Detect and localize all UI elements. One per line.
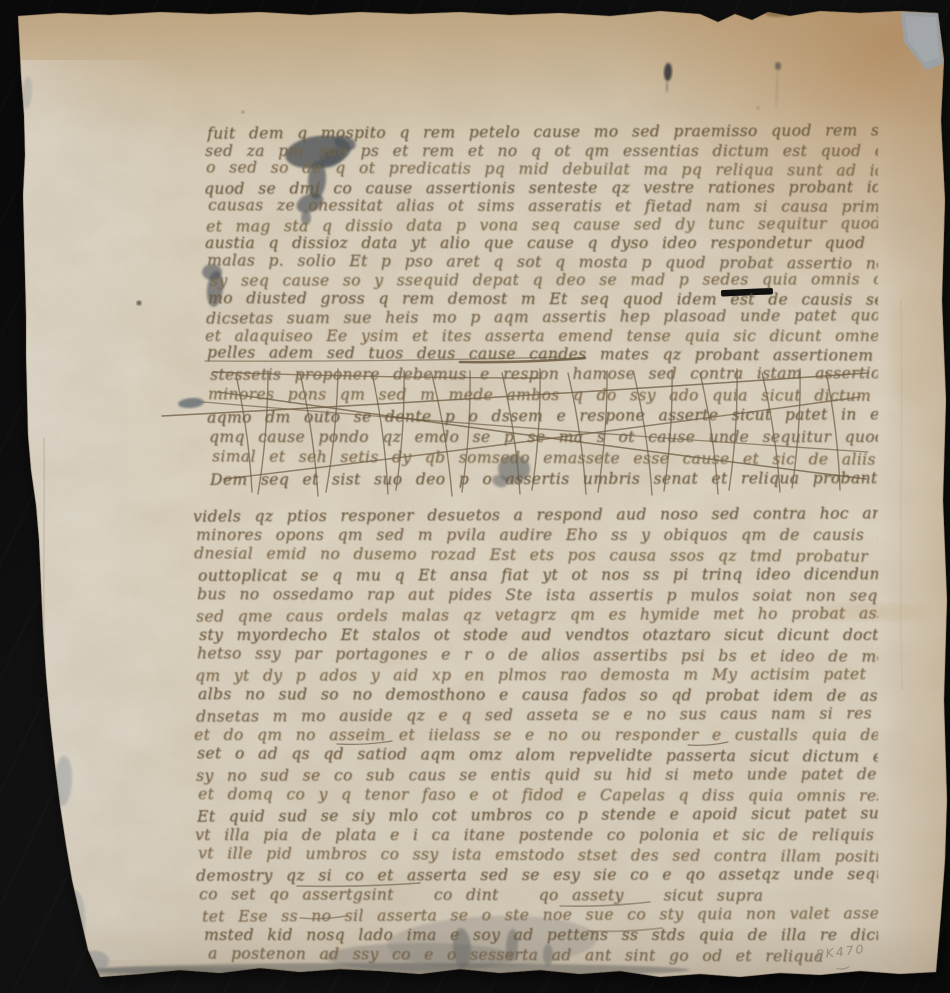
paper-grain-texture xyxy=(0,0,950,993)
ink-blot xyxy=(350,318,353,321)
ink-blot xyxy=(756,106,760,110)
paper-sheet xyxy=(0,0,950,993)
ink-blot xyxy=(543,944,553,966)
ink-blot xyxy=(715,12,729,18)
ink-blot xyxy=(860,330,864,334)
ink-blot xyxy=(775,62,781,70)
fold-crease-right xyxy=(901,300,902,690)
manuscript-photo xyxy=(0,0,950,993)
ink-blot xyxy=(241,110,244,113)
ink-blot xyxy=(137,301,142,306)
ink-blot xyxy=(765,9,789,17)
ink-blot xyxy=(301,211,311,225)
photograph-backdrop: fuit dem q mospito q rem petelo cause mo… xyxy=(0,0,950,993)
